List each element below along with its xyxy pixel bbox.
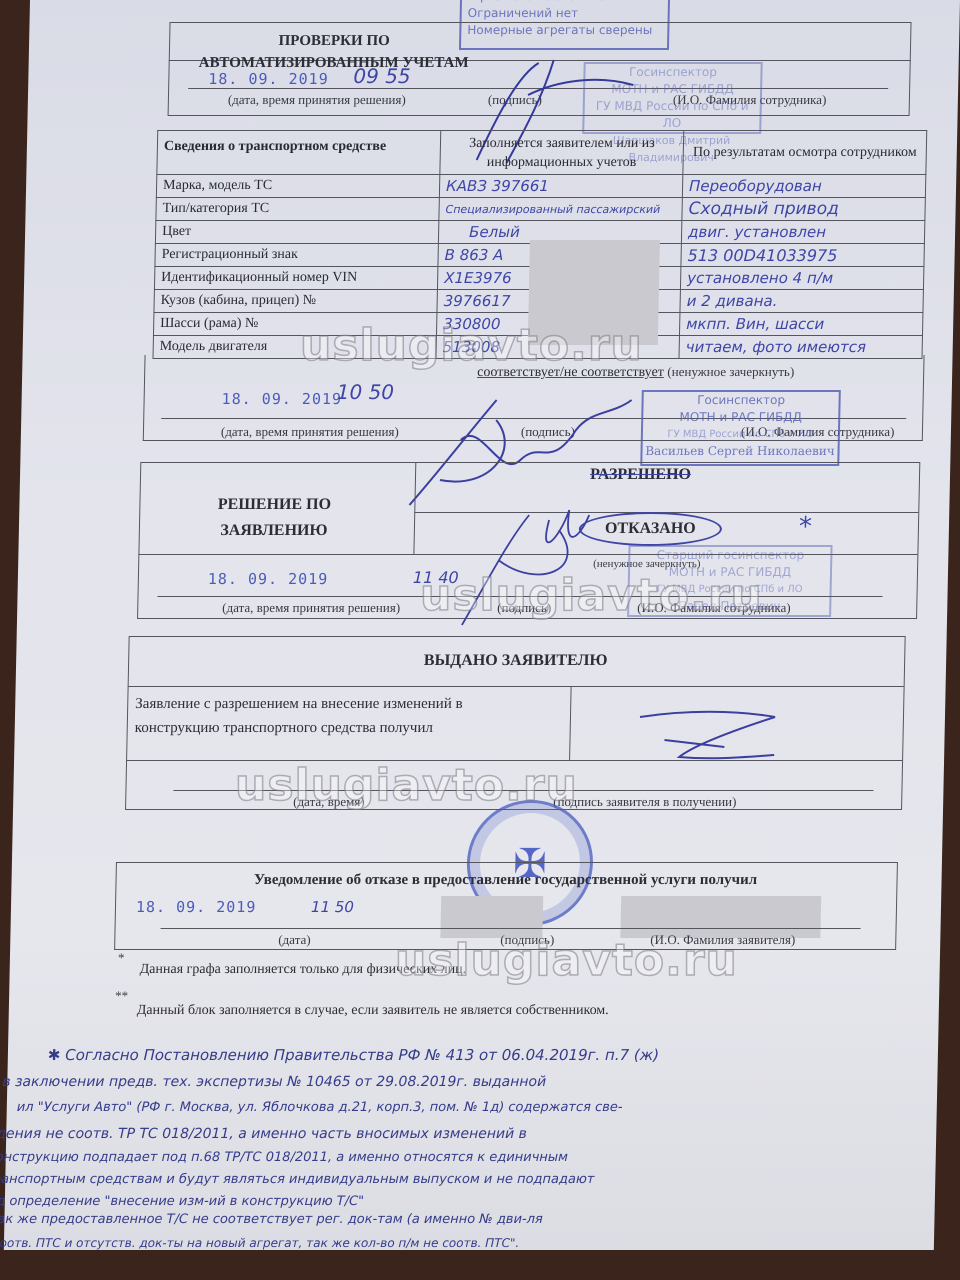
vehicle-date: 18. 09. 2019 (221, 390, 342, 408)
denied-asterisk: * (799, 512, 813, 542)
decision-title: РЕШЕНИЕ ПО ЗАЯВЛЕНИЮ (159, 492, 390, 544)
issued-text: Заявление с разрешением на внесение изме… (134, 692, 462, 740)
checks-time: 09 55 (353, 64, 411, 88)
vehicle-header-2: Заполняется заявителем или из информацио… (440, 131, 684, 175)
footnote-2-mark: ** (115, 988, 128, 1004)
checks-caption-date: (дата, время принятия решения) (228, 92, 406, 108)
checks-date: 18. 09. 2019 (208, 70, 329, 88)
vehicle-header-1: Сведения о транспортном средстве (157, 131, 441, 175)
document-page: В розыске не значится Ограничений нет Но… (4, 0, 960, 1250)
vehicle-time: 10 50 (337, 380, 395, 404)
issued-title: ВЫДАНО ЗАЯВИТЕЛЮ (128, 652, 903, 670)
decision-caption-date: (дата, время принятия решения) (222, 600, 400, 616)
watermark: uslugiavto.ru (235, 760, 578, 811)
refusal-title: Уведомление об отказе в предоставление г… (115, 872, 895, 889)
checks-title: ПРОВЕРКИ ПО АВТОМАТИЗИРОВАННЫМ УЧЕТАМ (168, 30, 499, 74)
vehicle-caption-date: (дата, время принятия решения) (221, 424, 399, 440)
footnote-1-mark: * (118, 950, 125, 966)
refusal-time: 11 50 (311, 898, 354, 916)
refusal-caption-date: (дата) (278, 932, 311, 948)
signature-applicant (634, 705, 795, 765)
decision-allowed-option[interactable]: РАЗРЕШЕНО (590, 466, 691, 484)
watermark: uslugiavto.ru (395, 935, 738, 986)
issued-caption-sign: (подпись заявителя в получении) (553, 794, 737, 810)
watermark: uslugiavto.ru (420, 570, 763, 621)
vehicle-header-3: По результатам осмотра сотрудником (683, 131, 927, 175)
officer-stamp-2: Госинспектор МОТН и РАС ГИБДД ГУ МВД Рос… (640, 390, 841, 466)
table-row: Тип/категория ТССпециализированный пасса… (156, 198, 925, 221)
footnote-2: Данный блок заполняется в случае, если з… (137, 1003, 609, 1019)
watermark: uslugiavto.ru (300, 320, 643, 371)
refusal-date: 18. 09. 2019 (136, 898, 257, 916)
table-row: Марка, модель ТСКАВЗ 397661Переоборудова… (156, 175, 925, 198)
decision-date: 18. 09. 2019 (208, 570, 329, 588)
